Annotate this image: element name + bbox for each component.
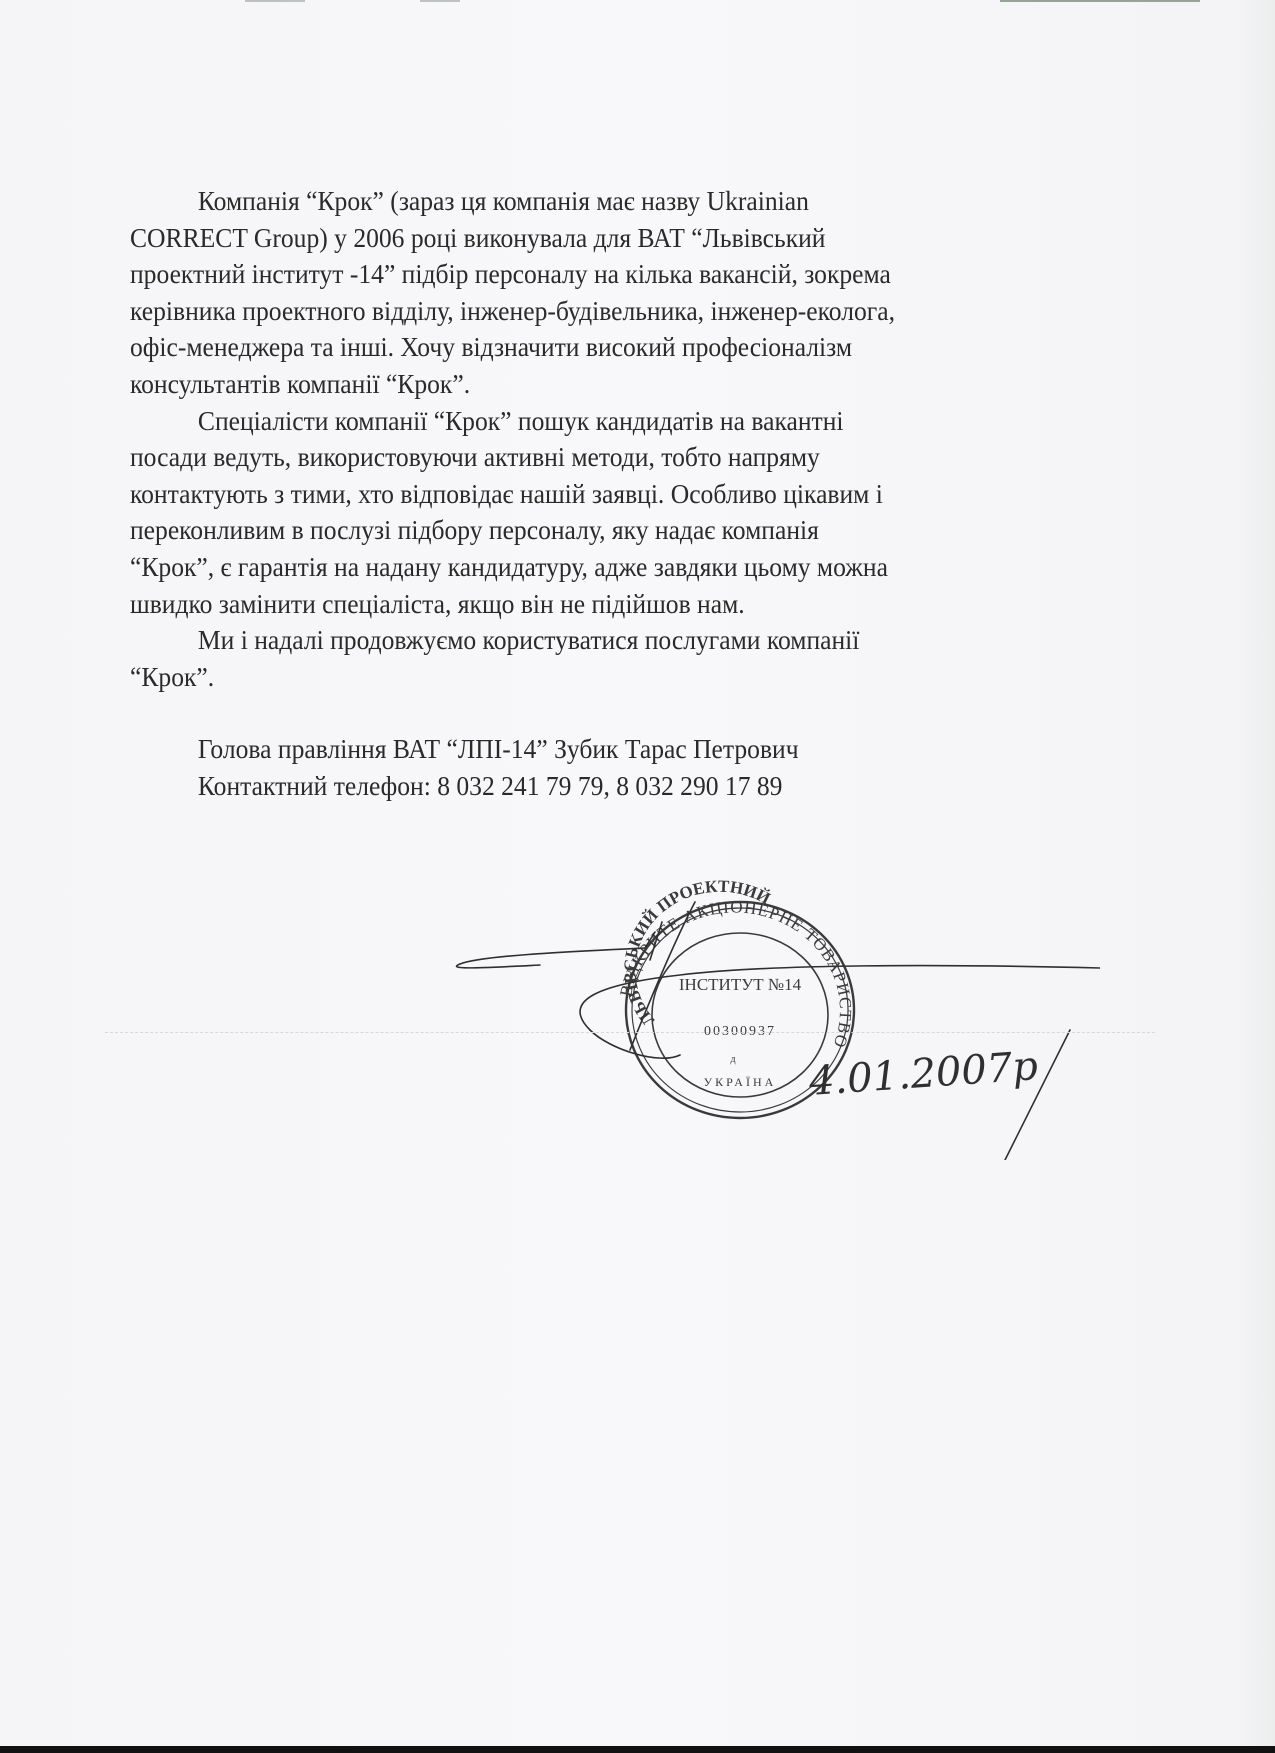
text-line: посади ведуть, використовуючи активні ме… [130,439,1069,476]
text-line: консультантів компанії “Крок”. [130,366,1069,403]
letter-body: Компанія “Крок” (зараз ця компанія має н… [130,183,1069,805]
stamp-center-line: ІНСТИТУТ №14 [679,975,802,994]
text-line: керівника проектного відділу, інженер-бу… [130,293,1069,330]
stamp-bottom-text: УКРАЇНА [704,1075,777,1089]
scan-artifact [245,0,305,2]
handwritten-date: 4.01.2007р [806,1043,1039,1105]
scan-artifact [420,0,460,2]
text-line: переконливим в послузі підбору персоналу… [130,512,1069,549]
text-line: “Крок”. [130,659,1069,696]
text-line: Компанія “Крок” (зараз ця компанія має н… [130,183,1069,220]
signer-line: Голова правління ВАТ “ЛПІ-14” Зубик Тара… [130,731,1069,768]
stamp-mark: д [730,1054,735,1065]
text-line: Спеціалісти компанії “Крок” пошук кандид… [130,403,1069,440]
scan-fold-line [105,1032,1155,1034]
paragraph-2: Спеціалісти компанії “Крок” пошук кандид… [130,403,1069,623]
text-line: контактують з тими, хто відповідає нашій… [130,476,1069,513]
text-line: “Крок”, є гарантія на надану кандидатуру… [130,549,1069,586]
scan-artifact [1000,0,1200,2]
text-line: CORRECT Group) у 2006 році виконувала дл… [130,220,1069,257]
phone-line: Контактний телефон: 8 032 241 79 79, 8 0… [130,768,1069,805]
text-line: офіс-менеджера та інші. Хочу відзначити … [130,329,1069,366]
stamp-and-signature: ВІДКРИТЕ АКЦІОНЕРНЕ ТОВАРИСТВО ЛЬВІВСЬКИ… [440,860,1100,1160]
scan-bottom-edge [0,1746,1275,1753]
text-line: проектний інститут -14” підбір персоналу… [130,256,1069,293]
paragraph-1: Компанія “Крок” (зараз ця компанія має н… [130,183,1069,403]
signature-block: Голова правління ВАТ “ЛПІ-14” Зубик Тара… [130,731,1069,804]
scanned-letter-page: Компанія “Крок” (зараз ця компанія має н… [0,0,1275,1746]
text-line: швидко замінити спеціаліста, якщо він не… [130,586,1069,623]
spacer [130,695,1069,731]
text-line: Ми і надалі продовжуємо користуватися по… [130,622,1069,659]
paragraph-3: Ми і надалі продовжуємо користуватися по… [130,622,1069,695]
